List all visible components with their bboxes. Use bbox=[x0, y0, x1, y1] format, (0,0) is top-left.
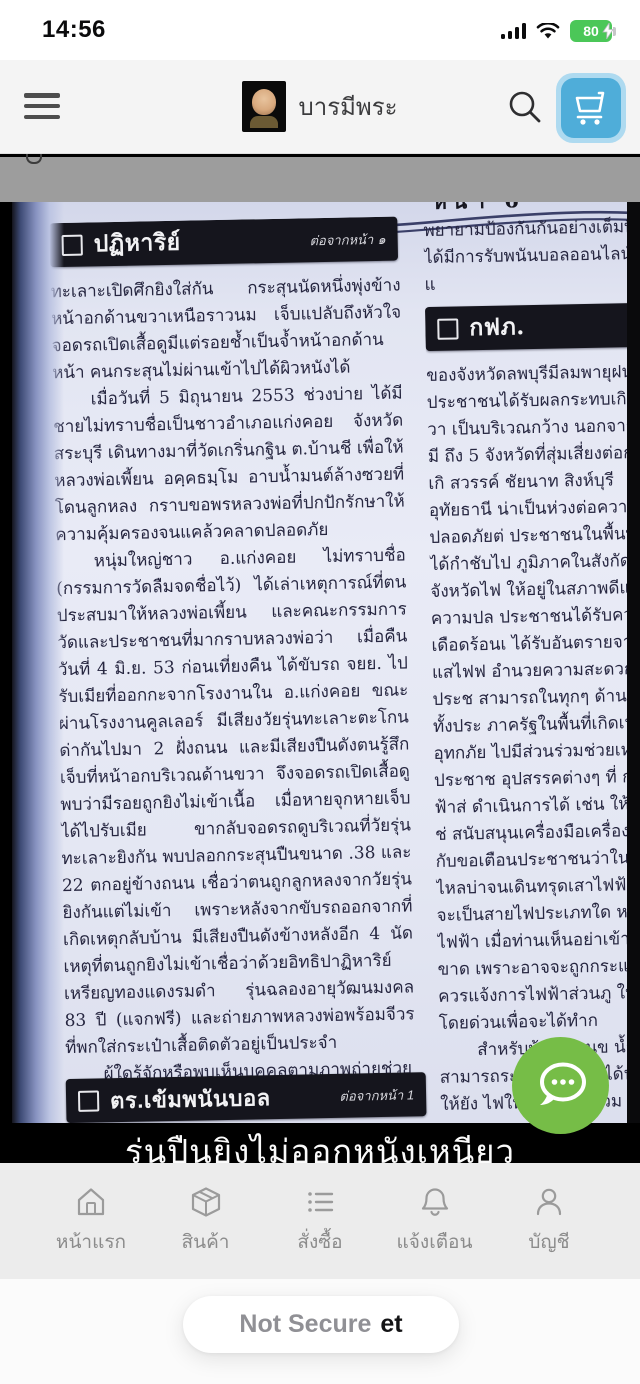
shop-title-block: บารมีพระ bbox=[0, 60, 640, 153]
bottom-navigation: หน้าแรก สินค้า สั่งซื้อ แจ้งเตือน บัญชี bbox=[0, 1163, 640, 1279]
url-fragment: et bbox=[380, 1310, 402, 1339]
article-right-column: พยายามป้องกันกันอย่างเต็มที่ ก็ดี ได้มีก… bbox=[423, 213, 640, 1117]
charging-bolt-icon bbox=[602, 23, 614, 39]
page-right-edge bbox=[627, 202, 640, 1123]
person-icon bbox=[532, 1185, 566, 1219]
battery-icon: 80 bbox=[570, 20, 616, 42]
app-header: บารมีพระ bbox=[0, 60, 640, 154]
package-icon bbox=[189, 1185, 223, 1219]
photo-background-strip bbox=[0, 157, 640, 202]
product-photo-newspaper: หน้า 6 ปฏิหาริย์ ต่อจากหน้า ๑ ทะเลาะเปิด… bbox=[0, 153, 640, 1163]
article-header-football: ตร.เข้มพนันบอล ต่อจากหน้า 1 bbox=[66, 1072, 427, 1123]
article-paragraph: หนุ่มใหญ่ชาว อ.แก่งคอย ไม่ทราบชื่อ (กรรม… bbox=[56, 542, 416, 1062]
cropped-text-fragment bbox=[26, 153, 42, 164]
photo-caption: รุ่นปืนยิงไม่ออกหนังเหนียว bbox=[0, 1130, 640, 1163]
article-paragraph: เมื่อวันที่ 5 มิถุนายน 2553 ช่วงบ่าย ได้… bbox=[52, 380, 405, 549]
wifi-icon bbox=[536, 23, 560, 40]
status-bar: 14:56 80 bbox=[0, 0, 640, 60]
article-header-patihan: ปฏิหาริย์ ต่อจากหน้า ๑ bbox=[49, 217, 398, 268]
nav-item-notifications[interactable]: แจ้งเตือน bbox=[380, 1163, 490, 1279]
article-header-pea: กฟภ. bbox=[425, 302, 640, 351]
newspaper-page: หน้า 6 ปฏิหาริย์ ต่อจากหน้า ๑ ทะเลาะเปิด… bbox=[12, 202, 640, 1123]
nav-item-account[interactable]: บัญชี bbox=[494, 1163, 604, 1279]
chat-bubble-icon bbox=[530, 1057, 592, 1115]
order-list-icon bbox=[303, 1185, 337, 1219]
status-icons: 80 bbox=[501, 20, 617, 42]
article-left-column: ปฏิหาริย์ ต่อจากหน้า ๑ ทะเลาะเปิดศึกยิงใ… bbox=[49, 217, 416, 1112]
search-icon bbox=[506, 88, 544, 126]
article-paragraph: ของจังหวัดลพบุรีมีลมพายุฝนพั ประชาชนได้ร… bbox=[426, 358, 640, 1037]
clock: 14:56 bbox=[42, 16, 106, 44]
cellular-signal-icon bbox=[501, 23, 527, 39]
nav-item-orders[interactable]: สั่งซื้อ bbox=[265, 1163, 375, 1279]
nav-item-home[interactable]: หน้าแรก bbox=[36, 1163, 146, 1279]
battery-percent: 80 bbox=[583, 23, 599, 39]
cart-button[interactable] bbox=[556, 73, 626, 143]
page-fold-shadow bbox=[12, 202, 64, 1123]
search-button[interactable] bbox=[506, 88, 544, 126]
checkbox-glyph bbox=[78, 1090, 99, 1111]
shop-title: บารมีพระ bbox=[298, 87, 397, 126]
home-icon bbox=[74, 1185, 108, 1219]
bell-icon bbox=[418, 1185, 452, 1219]
checkbox-glyph bbox=[62, 234, 83, 255]
shop-avatar bbox=[242, 81, 286, 132]
cart-icon bbox=[571, 89, 611, 127]
nav-item-products[interactable]: สินค้า bbox=[151, 1163, 261, 1279]
article-paragraph: ทะเลาะเปิดศึกยิงใส่กัน กระสุนนัดหนึ่งพุ่… bbox=[50, 273, 402, 388]
chat-button[interactable] bbox=[512, 1037, 609, 1134]
not-secure-toast[interactable]: Not Secure et bbox=[183, 1296, 459, 1353]
checkbox-glyph bbox=[437, 318, 458, 339]
article-paragraph: พยายามป้องกันกันอย่างเต็มที่ ก็ดี ได้มีก… bbox=[423, 213, 640, 299]
not-secure-label: Not Secure bbox=[239, 1310, 371, 1339]
page-background: Not Secure et bbox=[0, 1279, 640, 1384]
